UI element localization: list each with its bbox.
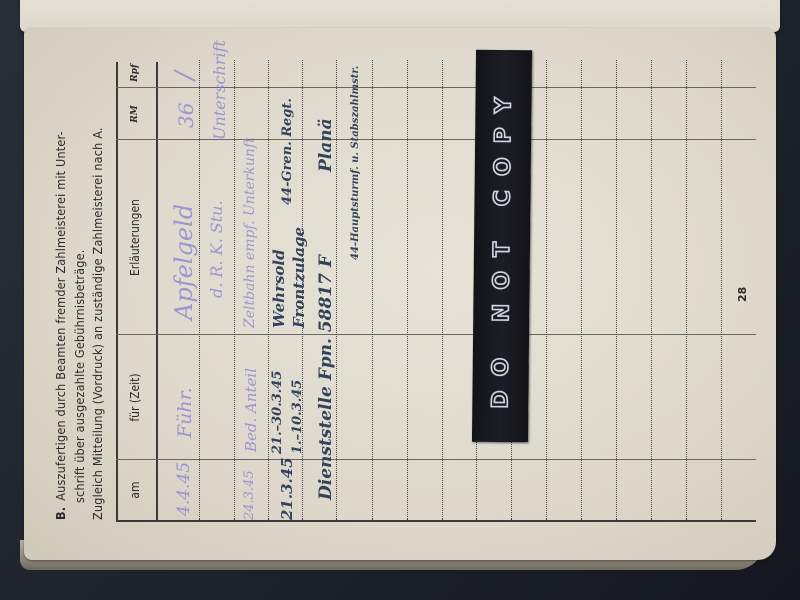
section-marker: B. — [53, 507, 68, 520]
page-number: 28 — [736, 287, 749, 302]
entry-1-notes-2: d. R. K. Stu. — [207, 200, 226, 298]
entry-2-period: Bed. Anteil — [242, 368, 260, 452]
entry-3-notes-3: Dienststelle Fpn. 58817 F — [316, 255, 336, 500]
ruled-line — [616, 60, 617, 520]
header-date: am — [128, 460, 142, 520]
document-page: B.Auszufertigen durch Beamten fremder Za… — [24, 28, 776, 560]
entry-3-date: 21.3.45 — [278, 457, 296, 520]
ruled-line — [581, 60, 582, 520]
rotated-page-content: B.Auszufertigen durch Beamten fremder Za… — [24, 28, 776, 560]
ruled-line — [407, 60, 408, 520]
entry-1-rm: 36 — [174, 103, 198, 128]
ruled-line — [268, 60, 269, 520]
table-left-rule — [116, 520, 756, 522]
entry-1-date: 4.4.45 — [174, 462, 194, 516]
entry-2-notes-1: Zeltbahn empf. Unterkunft — [242, 137, 258, 328]
header-bottom-rule — [156, 62, 158, 522]
entry-3-place: Planä — [316, 118, 336, 172]
entry-1-notes-1: Apfelgeld — [170, 204, 198, 320]
entry-3-period-2: 1.–10.3.45 — [290, 380, 305, 454]
ruled-line — [199, 60, 200, 520]
col-sep-period — [116, 334, 756, 335]
header-period: für (Zeit) — [128, 335, 142, 460]
table-top-rule — [116, 62, 118, 522]
ruled-line — [546, 60, 547, 520]
entry-1-rpf: / — [170, 71, 200, 80]
header-rm: RM — [130, 88, 140, 140]
entry-3-signature: 44-Hauptsturmf. u. Stabszahlmstr. — [350, 66, 361, 260]
do-not-copy-text: DO NOT COPY — [472, 50, 532, 443]
ruled-line — [686, 60, 687, 520]
header-notes: Erläuterungen — [128, 140, 142, 335]
instruction-text: B.Auszufertigen durch Beamten fremder Za… — [52, 50, 108, 520]
do-not-copy-label: DO NOT COPY — [472, 50, 532, 443]
ruled-line — [336, 60, 337, 520]
entry-3-notes-2: Frontzulage — [290, 227, 308, 328]
instruction-line-3: Zugleich Mitteilung (Vordruck) an zustän… — [89, 50, 108, 520]
ruled-line — [721, 60, 722, 520]
instruction-line-2: schrift über ausgezahlte Gebührnisbeträg… — [71, 50, 90, 520]
ruled-line — [442, 60, 443, 520]
entry-1-signature: Unterschrift — [210, 40, 229, 140]
entry-3-notes-1: Wehrsold — [270, 249, 288, 328]
entry-3-period-1: 21.–30.3.45 — [270, 371, 285, 454]
ruled-line — [372, 60, 373, 520]
entry-2-date: 24.3.45 — [242, 470, 257, 520]
ruled-line — [234, 60, 235, 520]
entry-3-regiment: 44-Gren. Regt. — [280, 98, 295, 205]
header-rpf: Rpf — [130, 58, 140, 88]
col-sep-date — [116, 459, 756, 460]
entry-1-period: Führ. — [174, 387, 196, 438]
instruction-line-1: Auszufertigen durch Beamten fremder Zahl… — [53, 131, 68, 501]
ruled-line — [651, 60, 652, 520]
